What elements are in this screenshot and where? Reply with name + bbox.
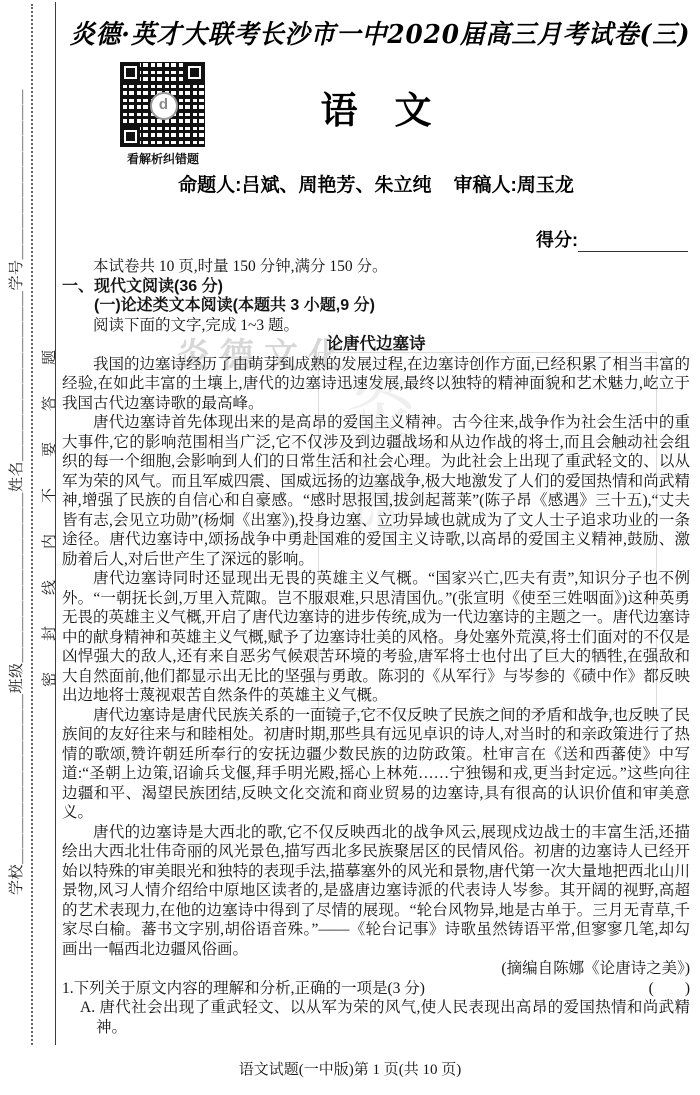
essay-paragraph: 唐代边塞诗同时还显现出无畏的英雄主义气概。“国家兴亡,匹夫有责”,知识分子也不例… bbox=[62, 569, 690, 706]
reading-instruction: 阅读下面的文字,完成 1~3 题。 bbox=[62, 316, 690, 336]
subject-title: 语 文 bbox=[62, 80, 690, 134]
exam-body: 本试卷共 10 页,时量 150 分钟,满分 150 分。 一、现代文阅读(36… bbox=[62, 257, 690, 1037]
essay-paragraph: 我国的边塞诗经历了由萌芽到成熟的发展过程,在边塞诗创作方面,已经积累了相当丰富的… bbox=[62, 355, 690, 414]
essay-paragraph: 唐代的边塞诗是大西北的歌,它不仅反映西北的战争风云,展现戍边战士的丰富生活,还描… bbox=[62, 823, 690, 960]
qr-caption: 看解析纠错题 bbox=[112, 150, 214, 167]
section-heading: 一、现代文阅读(36 分) bbox=[62, 277, 690, 297]
exam-note: 本试卷共 10 页,时量 150 分钟,满分 150 分。 bbox=[62, 257, 690, 277]
essay-title: 论唐代边塞诗 bbox=[62, 335, 690, 355]
seal-dotted-line bbox=[31, 4, 33, 1045]
setters-line: 命题人:吕斌、周艳芳、朱立纯审稿人:周玉龙 bbox=[62, 170, 690, 197]
score-label: 得分: bbox=[536, 230, 578, 250]
question-1: 1.下列关于原文内容的理解和分析,正确的一项是(3 分) ( ) bbox=[62, 979, 690, 999]
reviewer-name: 审稿人:周玉龙 bbox=[454, 175, 574, 196]
question-1-text: 1.下列关于原文内容的理解和分析,正确的一项是(3 分) bbox=[62, 979, 425, 999]
margin-border-line bbox=[55, 2, 56, 1045]
subsection-heading: (一)论述类文本阅读(本题共 3 小题,9 分) bbox=[62, 296, 690, 316]
seal-warning-text: 密封线内不要答题 bbox=[38, 287, 56, 687]
score-field: 得分: bbox=[536, 226, 688, 252]
option-a-text: 唐代社会出现了重武轻文、以从军为荣的风气,使人民表现出高昂的爱国热情和尚武精神。 bbox=[96, 999, 690, 1036]
option-a: A.唐代社会出现了重武轻文、以从军为荣的风气,使人民表现出高昂的爱国热情和尚武精… bbox=[62, 998, 690, 1037]
essay-paragraph: 唐代边塞诗是唐代民族关系的一面镜子,它不仅反映了民族之间的矛盾和战争,也反映了民… bbox=[62, 706, 690, 823]
option-a-label: A. bbox=[80, 999, 95, 1016]
answer-bracket: ( ) bbox=[649, 979, 690, 999]
exam-paper-page: 学校＿＿＿＿＿＿＿＿＿＿＿班级＿＿＿＿＿＿＿＿＿＿＿姓名＿＿＿＿＿＿＿＿＿＿＿学… bbox=[0, 0, 700, 1095]
score-blank-line bbox=[578, 233, 688, 252]
setters-names: 命题人:吕斌、周艳芳、朱立纯 bbox=[178, 175, 431, 196]
exam-title: 炎德·英才大联考长沙市一中2020届高三月考试卷(三) bbox=[70, 14, 690, 51]
attribution: (摘编自陈娜《论唐诗之美》) bbox=[62, 959, 690, 979]
essay-paragraph: 唐代边塞诗首先体现出来的是高昂的爱国主义精神。古今往来,战争作为社会生活中的重大… bbox=[62, 413, 690, 569]
page-footer: 语文试题(一中版)第 1 页(共 10 页) bbox=[0, 1058, 700, 1079]
student-info-fields: 学校＿＿＿＿＿＿＿＿＿＿＿班级＿＿＿＿＿＿＿＿＿＿＿姓名＿＿＿＿＿＿＿＿＿＿＿学… bbox=[5, 105, 25, 895]
